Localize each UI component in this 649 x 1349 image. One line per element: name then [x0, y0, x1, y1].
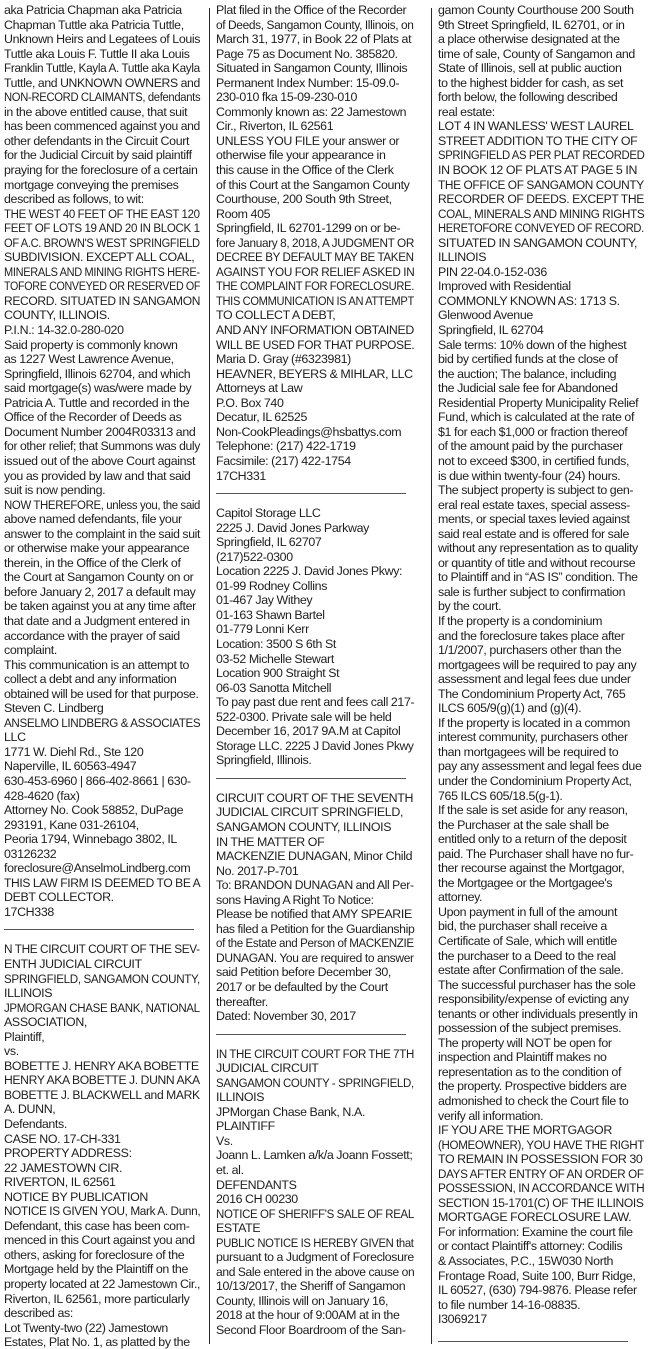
notice-text-line: NOTICE IS GIVEN YOU, Mark A. Dunn,: [4, 1204, 190, 1219]
notice-text-line: pay any assessment and legal fees due: [438, 759, 644, 774]
notice-text-line: Defendants.: [4, 1117, 200, 1132]
notice-text-line: CASE NO. 17-CH-331: [4, 1132, 200, 1147]
notice-text-line: IF YOU ARE THE MORTGAGOR: [438, 1123, 644, 1138]
notice-text-line: RIVERTON, IL 62561: [4, 1175, 200, 1190]
notice-text-line: said real estate and is offered for sale: [438, 527, 644, 542]
legal-notice: Capitol Storage LLC2225 J. David Jones P…: [216, 506, 414, 768]
notice-text-line: If the property is a condominium: [438, 614, 644, 629]
notice-text-line: Courthouse, 200 South 9th Street,: [216, 192, 414, 207]
notice-text-line: 01-467 Jay Withey: [216, 593, 414, 608]
notice-text-line: 2225 J. David Jones Parkway: [216, 521, 414, 536]
notice-text-line: STREET ADDITION TO THE CITY OF: [438, 134, 644, 149]
column-divider: [209, 8, 210, 1344]
notice-text-line: THIS COMMUNICATION IS AN ATTEMPT: [216, 294, 393, 309]
notice-text-line: Decatur, IL 62525: [216, 410, 414, 425]
notice-text-line: LLC: [4, 730, 200, 745]
notice-text-line: ILLINOIS: [216, 1090, 414, 1105]
notice-text-line: ESTATE: [216, 1221, 414, 1236]
notice-text-line: Commonly known as: 22 Jamestown: [216, 105, 414, 120]
notice-text-line: 630-453-6960 | 866-402-8661 | 630-: [4, 774, 200, 789]
notice-text-line: bid, the purchaser shall receive a: [438, 919, 644, 934]
notice-text-line: 17CH331: [216, 469, 414, 484]
notice-text-line: 22 JAMESTOWN CIR.: [4, 1161, 200, 1176]
notice-text-line: COAL, MINERALS AND MINING RIGHTS: [438, 207, 632, 222]
notice-text-line: 293191, Kane 031-26104,: [4, 818, 200, 833]
notice-text-line: ANSELMO LINDBERG & ASSOCIATES: [4, 716, 188, 731]
notice-text-line: gamon County Courthouse 200 South: [438, 3, 644, 18]
notice-text-line: ILCS 605/9(g)(1) and (g)(4).: [438, 701, 644, 716]
notice-text-line: Capitol Storage LLC: [216, 506, 414, 521]
notice-text-line: assessment and legal fees due under: [438, 672, 644, 687]
notice-text-line: P.O. Box 740: [216, 396, 414, 411]
notice-text-line: HENRY AKA BOBETTE J. DUNN AKA: [4, 1073, 196, 1088]
notice-text-line: THE COMPLAINT FOR FORECLOSURE.: [216, 279, 394, 294]
notice-text-line: County, Illinois will on January 16,: [216, 1294, 414, 1309]
notice-text-line: Page 75 as Document No. 385820.: [216, 47, 414, 62]
notice-text-line: Riverton, IL 62561, more particularly: [4, 1292, 200, 1307]
notice-text-line: Vs.: [216, 1134, 414, 1149]
notice-text-line: (HOMEOWNER), YOU HAVE THE RIGHT: [438, 1138, 630, 1153]
notice-text-line: ILLINOIS: [438, 250, 644, 265]
notice-text-line: PUBLIC NOTICE IS HEREBY GIVEN that: [216, 1236, 396, 1251]
notice-text-line: not to exceed $300, in certified funds,: [438, 454, 644, 469]
notice-text-line: Please be notified that AMY SPEARIE: [216, 907, 414, 922]
notice-text-line: Lot Twenty-two (22) Jamestown: [4, 1321, 200, 1336]
notice-text-line: Chapman Tuttle aka Patricia Tuttle,: [4, 18, 200, 33]
notice-text-line: you as provided by law and that said: [4, 469, 200, 484]
notice-text-line: IN THE MATTER OF: [216, 835, 414, 850]
notice-text-line: 9th Street Springfield, IL 62701, or in: [438, 18, 644, 33]
notice-text-line: property located at 22 Jamestown Cir.,: [4, 1277, 199, 1292]
notice-text-line: Upon payment in full of the amount: [438, 905, 644, 920]
notice-text-line: Estates, Plat No. 1, as platted by the: [4, 1335, 200, 1349]
notice-text-line: complaint.: [4, 643, 200, 658]
notice-separator-rule: [4, 929, 194, 930]
notice-text-line: 2017 or be defaulted by the Court: [216, 980, 414, 995]
notice-text-line: pursuant to a Judgment of Foreclosure: [216, 1250, 413, 1265]
notice-text-line: THE OFFICE OF SANGAMON COUNTY: [438, 178, 635, 193]
notice-text-line: aka Patricia Chapman aka Patricia: [4, 3, 200, 18]
notice-text-line: DAYS AFTER ENTRY OF AN ORDER OF: [438, 1167, 632, 1182]
notice-text-line: to the highest bidder for cash, as set: [438, 76, 644, 91]
notice-text-line: Fund, which is calculated at the rate of: [438, 410, 644, 425]
notice-text-line: Said property is commonly known: [4, 338, 200, 353]
notice-text-line: NOW THEREFORE, unless you, the said: [4, 498, 184, 513]
notice-text-line: NOTICE OF SHERIFF'S SALE OF REAL: [216, 1207, 399, 1222]
notice-text-line: real estate:: [438, 105, 644, 120]
notice-text-line: collect a debt and any information: [4, 672, 200, 687]
notice-text-line: Location 900 Straight St: [216, 666, 414, 681]
notice-text-line: This communication is an attempt to: [4, 658, 200, 673]
notice-text-line: Franklin Tuttle, Kayla A. Tuttle aka Kay…: [4, 61, 190, 76]
notice-text-line: Unknown Heirs and Legatees of Louis: [4, 32, 200, 47]
notice-text-line: a place otherwise designated at the: [438, 32, 644, 47]
notice-text-line: WILL BE USED FOR THAT PURPOSE.: [216, 338, 406, 353]
notice-text-line: this cause in the Office of the Clerk: [216, 163, 414, 178]
notice-text-line: verify all information.: [438, 1109, 644, 1124]
notice-text-line: the Court at Sangamon County on or: [4, 570, 200, 585]
notice-text-line: issued out of the above Court against: [4, 454, 200, 469]
notice-text-line: IL 60527, (630) 794-9876. Please refer: [438, 1283, 644, 1298]
notice-text-line: Telephone: (217) 422-1719: [216, 439, 414, 454]
notice-text-line: inspection and Plaintiff makes no: [438, 1050, 644, 1065]
notice-text-line: possession of the subject premises.: [438, 1021, 644, 1036]
notice-text-line: The subject property is subject to gen-: [438, 483, 644, 498]
notice-text-line: Tuttle, and UNKNOWN OWNERS and: [4, 76, 197, 91]
notice-text-line: 2016 CH 00230: [216, 1192, 414, 1207]
notice-text-line: admonished to check the Court file to: [438, 1094, 644, 1109]
notice-text-line: 03126232: [4, 847, 200, 862]
notice-text-line: JPMorgan Chase Bank, N.A.: [216, 1105, 414, 1120]
notice-text-line: SECTION 15-1701(C) OF THE ILLINOIS: [438, 1196, 638, 1211]
notice-text-line: Defendant, this case has been com-: [4, 1219, 200, 1234]
notice-text-line: Attorney No. Cook 58852, DuPage: [4, 803, 200, 818]
notice-text-line: ILLINOIS: [4, 986, 200, 1001]
notice-text-line: that date and a Judgment entered in: [4, 614, 200, 629]
notice-text-line: 2018 at the hour of 9:00AM at in the: [216, 1308, 414, 1323]
notice-text-line: 01-779 Lonni Kerr: [216, 622, 414, 637]
legal-notice: gamon County Courthouse 200 South9th Str…: [438, 3, 644, 1327]
notice-text-line: described as follows, to wit:: [4, 192, 200, 207]
column-divider: [431, 8, 432, 1344]
notice-text-line: THIS LAW FIRM IS DEEMED TO BE A: [4, 876, 194, 891]
notice-text-line: to file number 14-16-08835.: [438, 1298, 644, 1313]
notice-text-line: DEFENDANTS: [216, 1178, 414, 1193]
notice-text-line: mortgagees will be required to pay any: [438, 658, 644, 673]
notice-text-line: AND ANY INFORMATION OBTAINED: [216, 323, 413, 338]
notice-text-line: therein, in the Office of the Clerk of: [4, 556, 200, 571]
notice-text-line: 01-163 Shawn Bartel: [216, 608, 414, 623]
notice-text-line: State of Illinois, sell at public auctio…: [438, 61, 644, 76]
notice-text-line: Springfield, IL 62704: [438, 323, 644, 338]
notice-text-line: paid. The Purchaser shall have no fur-: [438, 847, 644, 862]
notice-text-line: BOBETTE J. BLACKWELL and MARK: [4, 1088, 195, 1103]
notice-text-line: March 31, 1977, in Book 22 of Plats at: [216, 32, 414, 47]
notice-separator-rule: [216, 493, 406, 494]
notice-text-line: The Condominium Property Act, 765: [438, 687, 644, 702]
notice-text-line: I3069217: [438, 1312, 644, 1327]
notice-text-line: N THE CIRCUIT COURT OF THE SEV-: [4, 942, 190, 957]
notice-text-line: responsibility/expense of evicting any: [438, 992, 644, 1007]
notice-text-line: IN THE CIRCUIT COURT FOR THE 7TH: [216, 1047, 400, 1062]
notice-text-line: Frontage Road, Suite 100, Burr Ridge,: [438, 1269, 644, 1284]
notice-text-line: before January 2, 2017 a default may: [4, 585, 200, 600]
notice-text-line: OF A.C. BROWN'S WEST SPRINGFIELD: [4, 236, 179, 251]
notice-text-line: December 16, 2017 9A.M at Capitol: [216, 724, 414, 739]
notice-text-line: Plaintiff,: [4, 1030, 200, 1045]
notice-text-line: the Judicial sale fee for Abandoned: [438, 381, 644, 396]
legal-notice: N THE CIRCUIT COURT OF THE SEV-ENTH JUDI…: [4, 942, 200, 1349]
notice-text-line: POSSESSION, IN ACCORDANCE WITH: [438, 1181, 635, 1196]
notice-text-line: Mortgage held by the Plaintiff on the: [4, 1262, 200, 1277]
notice-text-line: Room 405: [216, 207, 414, 222]
notice-text-line: 10/13/2017, the Sheriff of Sangamon: [216, 1279, 414, 1294]
notice-text-line: the Purchaser at the sale shall be: [438, 818, 644, 833]
notice-text-line: praying for the foreclosure of a certain: [4, 163, 200, 178]
notice-text-line: AGAINST YOU FOR RELIEF ASKED IN: [216, 265, 404, 280]
notice-text-line: NOTICE BY PUBLICATION: [4, 1190, 200, 1205]
notice-text-line: and the foreclosure takes place after: [438, 629, 644, 644]
notice-text-line: Naperville, IL 60563-4947: [4, 759, 200, 774]
notice-text-line: PROPERTY ADDRESS:: [4, 1146, 200, 1161]
notice-text-line: 03-52 Michelle Stewart: [216, 652, 414, 667]
notice-text-line: SPRINGFIELD, SANGAMON COUNTY,: [4, 972, 188, 987]
notice-text-line: The successful purchaser has the sole: [438, 978, 644, 993]
notice-text-line: COUNTY, ILLINOIS.: [4, 308, 200, 323]
notice-text-line: 230-010 fka 15-09-230-010: [216, 90, 414, 105]
notice-text-line: in the above entitled cause, that suit: [4, 105, 200, 120]
notice-text-line: otherwise file your appearance in: [216, 148, 414, 163]
notice-text-line: has filed a Petition for the Guardianshi…: [216, 922, 411, 937]
notice-text-line: ASSOCIATION,: [4, 1015, 200, 1030]
notice-text-line: DEBT COLLECTOR.: [4, 890, 200, 905]
notice-text-line: THE WEST 40 FEET OF THE EAST 120: [4, 207, 185, 222]
notice-text-line: for the Judicial Circuit by said plainti…: [4, 148, 200, 163]
notice-text-line: Glenwood Avenue: [438, 308, 644, 323]
notice-text-line: Location 2225 J. David Jones Pkwy:: [216, 564, 414, 579]
notice-text-line: obtained will be used for that purpose.: [4, 687, 200, 702]
notice-text-line: Office of the Recorder of Deeds as: [4, 410, 200, 425]
notice-separator-rule: [216, 1034, 406, 1035]
notice-text-line: has been commenced against you and: [4, 119, 196, 134]
notice-text-line: et. al.: [216, 1163, 414, 1178]
notice-text-line: ments, or special taxes levied against: [438, 512, 644, 527]
notice-text-line: or contact Plaintiff's attorney: Codilis: [438, 1239, 644, 1254]
notice-text-line: 01-99 Rodney Collins: [216, 579, 414, 594]
notice-text-line: PLAINTIFF: [216, 1119, 414, 1134]
notice-text-line: is due within twenty-four (24) hours.: [438, 469, 644, 484]
notice-text-line: menced in this Court against you and: [4, 1233, 200, 1248]
notice-text-line: MACKENZIE DUNAGAN, Minor Child: [216, 849, 414, 864]
notice-text-line: than mortgagees will be required to: [438, 745, 644, 760]
notice-text-line: UNLESS YOU FILE your answer or: [216, 134, 414, 149]
notice-text-line: $1 for each $1,000 or fraction thereof: [438, 425, 644, 440]
notice-text-line: estate after Confirmation of the sale.: [438, 963, 644, 978]
notice-text-line: Attorneys at Law: [216, 381, 414, 396]
notice-text-line: Springfield, IL 62707: [216, 535, 414, 550]
notice-text-line: No. 2017-P-701: [216, 864, 414, 879]
notice-text-line: said Petition before December 30,: [216, 965, 414, 980]
notice-text-line: for other relief; that Summons was duly: [4, 439, 196, 454]
notice-text-line: IN BOOK 12 OF PLATS AT PAGE 5 IN: [438, 163, 644, 178]
notice-text-line: Dated: November 30, 2017: [216, 1009, 414, 1024]
legal-notice: IN THE CIRCUIT COURT FOR THE 7THJUDICIAL…: [216, 1047, 414, 1338]
column-3: gamon County Courthouse 200 South9th Str…: [438, 3, 644, 1349]
notice-text-line: interest community, purchasers other: [438, 730, 644, 745]
notice-text-line: attorney.: [438, 890, 644, 905]
notice-text-line: Improved with Residential: [438, 279, 644, 294]
notice-text-line: JUDICIAL CIRCUIT SPRINGFIELD,: [216, 805, 414, 820]
notice-text-line: Tuttle aka Louis F. Tuttle II aka Louis: [4, 47, 200, 62]
notice-text-line: answer to the complaint in the said suit: [4, 527, 198, 542]
notice-text-line: 06-03 Sanotta Mitchell: [216, 681, 414, 696]
notice-text-line: SANGAMON COUNTY, ILLINOIS: [216, 820, 414, 835]
notice-text-line: entitled only to a return of the deposit: [438, 832, 644, 847]
notice-text-line: vs.: [4, 1044, 200, 1059]
notice-text-line: Springfield, Illinois.: [216, 753, 414, 768]
notice-text-line: ther recourse against the Mortgagor,: [438, 861, 644, 876]
notice-text-line: thereafter.: [216, 995, 414, 1010]
notice-text-line: DUNAGAN. You are required to answer: [216, 951, 408, 966]
notice-text-line: JPMORGAN CHASE BANK, NATIONAL: [4, 1001, 186, 1016]
notice-text-line: eral real estate taxes, special assess-: [438, 498, 644, 513]
notice-text-line: Maria D. Gray (#6323981): [216, 352, 414, 367]
notice-text-line: To pay past due rent and fees call 217-: [216, 695, 414, 710]
legal-notice: CIRCUIT COURT OF THE SEVENTHJUDICIAL CIR…: [216, 791, 414, 1024]
notice-text-line: COMMONLY KNOWN AS: 1713 S.: [438, 294, 644, 309]
notice-text-line: of Deeds, Sangamon County, Illinois, on: [216, 18, 406, 33]
notice-text-line: of the Estate and Person of MACKENZIE: [216, 936, 401, 951]
legal-notice: Plat filed in the Office of the Recorder…: [216, 3, 414, 483]
notice-text-line: SPRINGFIELD AS PER PLAT RECORDED: [438, 148, 626, 163]
notice-text-line: HERETOFORE CONVEYED OF RECORD.: [438, 221, 623, 236]
notice-text-line: Peoria 1794, Winnebago 3802, IL: [4, 832, 200, 847]
notice-text-line: Permanent Index Number: 15-09.0-: [216, 76, 414, 91]
notice-text-line: 1/1/2007, purchasers other than the: [438, 643, 644, 658]
notice-text-line: Location: 3500 S 6th St: [216, 637, 414, 652]
notice-text-line: of the amount paid by the purchaser: [438, 439, 644, 454]
notice-text-line: RECORDER OF DEEDS. EXCEPT THE: [438, 192, 639, 207]
notice-text-line: ENTH JUDICIAL CIRCUIT: [4, 957, 200, 972]
notice-text-line: The property will NOT be open for: [438, 1036, 644, 1051]
notice-text-line: 522-0300. Private sale will be held: [216, 710, 414, 725]
notice-text-line: above named defendants, file your: [4, 512, 200, 527]
notice-text-line: as 1227 West Lawrence Avenue,: [4, 352, 200, 367]
notice-text-line: DECREE BY DEFAULT MAY BE TAKEN: [216, 250, 402, 265]
notice-text-line: & Associates, P.C., 15W030 North: [438, 1254, 644, 1269]
notice-text-line: SITUATED IN SANGAMON COUNTY,: [438, 236, 644, 251]
notice-text-line: others, asking for foreclosure of the: [4, 1248, 200, 1263]
notice-text-line: accordance with the prayer of said: [4, 629, 200, 644]
notice-text-line: LOT 4 IN WANLESS' WEST LAUREL: [438, 119, 644, 134]
notice-text-line: (217)522-0300: [216, 550, 414, 565]
notice-separator-rule: [216, 778, 406, 779]
notice-text-line: of this Court at the Sangamon County: [216, 178, 414, 193]
notice-text-line: by the court.: [438, 599, 644, 614]
notice-text-line: 765 ILCS 605/18.5(g-1).: [438, 789, 644, 804]
notice-text-line: Sale terms: 10% down of the highest: [438, 338, 644, 353]
notice-text-line: NON-RECORD CLAIMANTS, defendants: [4, 90, 182, 105]
notice-text-line: BOBETTE J. HENRY AKA BOBETTE: [4, 1059, 200, 1074]
notice-text-line: Cir., Riverton, IL 62561: [216, 119, 414, 134]
notice-text-line: A. DUNN,: [4, 1102, 200, 1117]
notice-text-line: said mortgage(s) was/were made by: [4, 381, 200, 396]
notice-text-line: If the property is located in a common: [438, 716, 644, 731]
notice-text-line: TO COLLECT A DEBT,: [216, 308, 414, 323]
notice-text-line: to Plaintiff and in “AS IS” condition. T…: [438, 570, 644, 585]
notice-text-line: bid by certified funds at the close of: [438, 352, 644, 367]
notice-text-line: PIN 22-04.0-152-036: [438, 265, 644, 280]
notice-text-line: MORTGAGE FORECLOSURE LAW.: [438, 1210, 644, 1225]
notice-text-line: sons Having A Right To Notice:: [216, 893, 414, 908]
notice-text-line: Springfield, Illinois 62704, and which: [4, 367, 200, 382]
notice-text-line: the Mortgagee or the Mortgagee's: [438, 876, 644, 891]
notice-text-line: fore January 8, 2018, A JUDGMENT OR: [216, 236, 404, 251]
notice-text-line: Storage LLC. 2225 J David Jones Pkwy: [216, 739, 407, 754]
notice-text-line: 17CH338: [4, 905, 200, 920]
notice-text-line: the purchaser to a Deed to the real: [438, 949, 644, 964]
notice-text-line: be taken against you at any time after: [4, 599, 200, 614]
notice-text-line: Plat filed in the Office of the Recorder: [216, 3, 414, 18]
notice-text-line: TOFORE CONVEYED OR RESERVED OF: [4, 279, 173, 294]
legal-notices-page: aka Patricia Chapman aka PatriciaChapman…: [0, 0, 649, 1349]
column-2: Plat filed in the Office of the Recorder…: [216, 3, 414, 1338]
notice-text-line: MINERALS AND MINING RIGHTS HERE-: [4, 265, 178, 280]
notice-text-line: without any representation as to quality: [438, 541, 644, 556]
notice-text-line: Situated in Sangamon County, Illinois: [216, 61, 414, 76]
notice-text-line: CIRCUIT COURT OF THE SEVENTH: [216, 791, 414, 806]
notice-text-line: HEAVNER, BEYERS & MIHLAR, LLC: [216, 367, 414, 382]
notice-text-line: SUBDIVISION. EXCEPT ALL COAL,: [4, 250, 200, 265]
notice-text-line: under the Condominium Property Act,: [438, 774, 644, 789]
notice-text-line: Steven C. Lindberg: [4, 701, 200, 716]
notice-text-line: FEET OF LOTS 19 AND 20 IN BLOCK 1: [4, 221, 187, 236]
notice-text-line: 428-4620 (fax): [4, 789, 200, 804]
notice-text-line: described as:: [4, 1306, 200, 1321]
notice-text-line: Non-CookPleadings@hsbattys.com: [216, 425, 414, 440]
notice-text-line: and Sale entered in the above cause on: [216, 1265, 408, 1280]
notice-text-line: tenants or other individuals presently i…: [438, 1007, 644, 1022]
notice-text-line: forth below, the following described: [438, 90, 644, 105]
notice-text-line: Second Floor Boardroom of the San-: [216, 1323, 414, 1338]
notice-text-line: sale is further subject to confirmation: [438, 585, 644, 600]
notice-text-line: RECORD. SITUATED IN SANGAMON: [4, 294, 194, 309]
notice-text-line: SANGAMON COUNTY - SPRINGFIELD,: [216, 1076, 399, 1091]
notice-text-line: Springfield, IL 62701-1299 on or be-: [216, 221, 414, 236]
notice-text-line: TO REMAIN IN POSSESSION FOR 30: [438, 1152, 644, 1167]
notice-text-line: mortgage conveying the premises: [4, 178, 200, 193]
notice-text-line: Joann L. Lamken a/k/a Joann Fossett;: [216, 1148, 414, 1163]
legal-notice: aka Patricia Chapman aka PatriciaChapman…: [4, 3, 200, 919]
notice-text-line: If the sale is set aside for any reason,: [438, 803, 644, 818]
notice-text-line: or quantity of title and without recours…: [438, 556, 644, 571]
notice-text-line: 1771 W. Diehl Rd., Ste 120: [4, 745, 200, 760]
notice-text-line: foreclosure@AnselmoLindberg.com: [4, 861, 200, 876]
notice-text-line: Patricia A. Tuttle and recorded in the: [4, 396, 200, 411]
notice-text-line: JUDICIAL CIRCUIT: [216, 1061, 414, 1076]
notice-text-line: the auction; The balance, including: [438, 367, 644, 382]
notice-text-line: time of sale, County of Sangamon and: [438, 47, 644, 62]
notice-text-line: For information: Examine the court file: [438, 1225, 644, 1240]
notice-text-line: To: BRANDON DUNAGAN and All Per-: [216, 878, 409, 893]
notice-text-line: Certificate of Sale, which will entitle: [438, 934, 644, 949]
column-1: aka Patricia Chapman aka PatriciaChapman…: [4, 3, 200, 1349]
notice-text-line: or otherwise make your appearance: [4, 541, 200, 556]
notice-text-line: Document Number 2004R03313 and: [4, 425, 200, 440]
notice-separator-rule: [438, 1341, 628, 1342]
notice-text-line: Facsimile: (217) 422-1754: [216, 454, 414, 469]
notice-text-line: the property. Prospective bidders are: [438, 1079, 644, 1094]
notice-text-line: Residential Property Municipality Relief: [438, 396, 644, 411]
notice-text-line: representation as to the condition of: [438, 1065, 644, 1080]
notice-text-line: other defendants in the Circuit Court: [4, 134, 200, 149]
notice-text-line: P.I.N.: 14-32.0-280-020: [4, 323, 200, 338]
notice-text-line: suit is now pending.: [4, 483, 200, 498]
